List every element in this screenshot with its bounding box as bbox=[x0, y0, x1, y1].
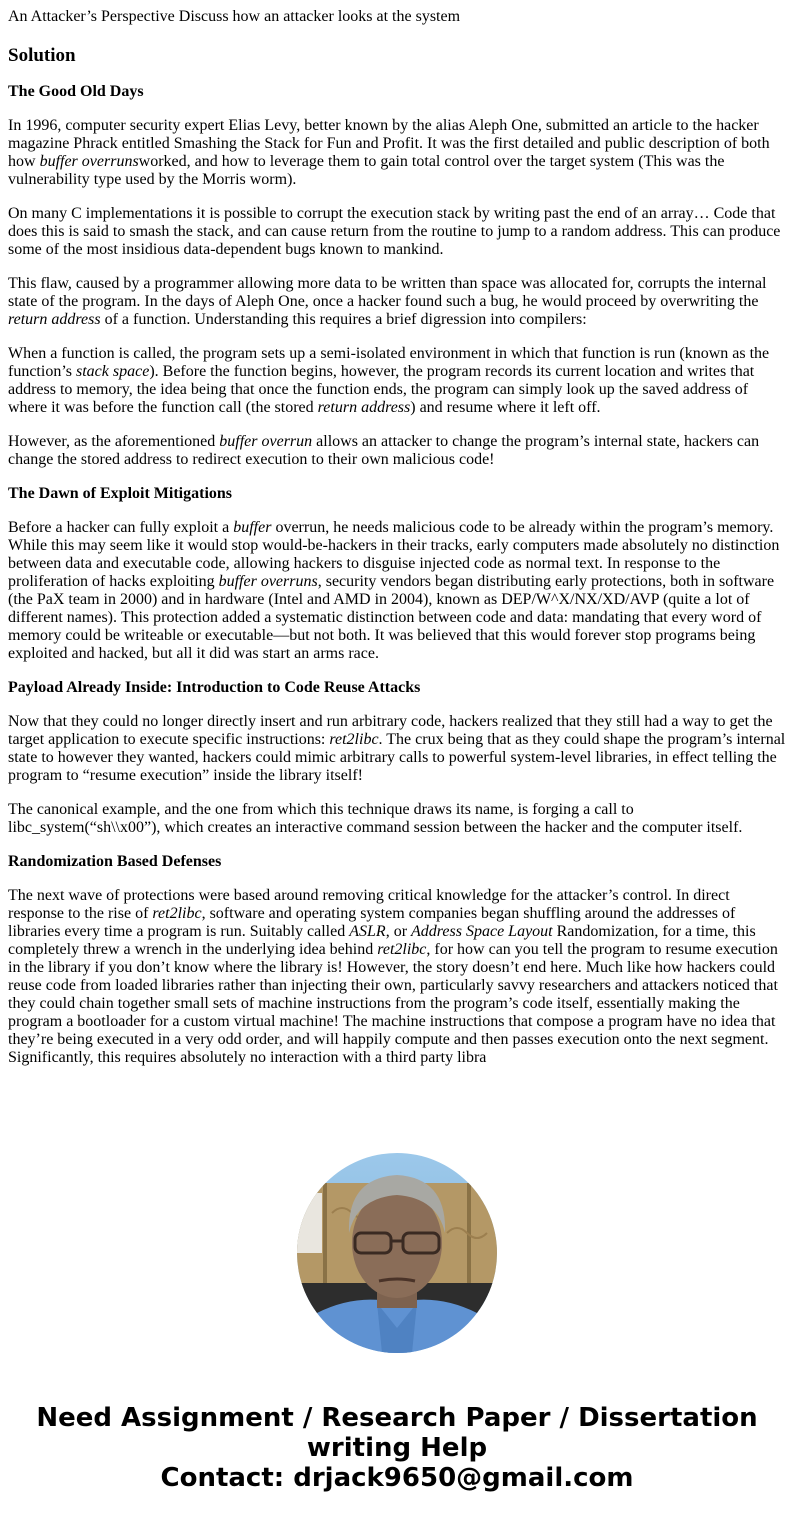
promo-contact-email: Contact: drjack9650@gmail.com bbox=[0, 1463, 794, 1493]
emphasis-text: return address bbox=[8, 311, 101, 328]
section-exploit-mitigations: The Dawn of Exploit Mitigations Before a… bbox=[8, 485, 786, 663]
promo-line-1: Need Assignment / Research Paper / Disse… bbox=[0, 1403, 794, 1433]
section-randomization-defenses: Randomization Based Defenses The next wa… bbox=[8, 853, 786, 1067]
emphasis-text: buffer overruns bbox=[219, 573, 318, 590]
emphasis-text: ret2libc bbox=[329, 731, 378, 748]
person-portrait-icon bbox=[297, 1153, 497, 1353]
paragraph: This flaw, caused by a programmer allowi… bbox=[8, 275, 786, 329]
question-text: An Attacker’s Perspective Discuss how an… bbox=[8, 8, 786, 26]
paragraph: Now that they could no longer directly i… bbox=[8, 713, 786, 785]
paragraph: Before a hacker can fully exploit a buff… bbox=[8, 519, 786, 663]
solution-heading: Solution bbox=[8, 45, 786, 67]
paragraph: On many C implementations it is possible… bbox=[8, 205, 786, 259]
emphasis-text: ASLR bbox=[349, 923, 385, 940]
emphasis-text: buffer overrun bbox=[219, 433, 312, 450]
paragraph: In 1996, computer security expert Elias … bbox=[8, 117, 786, 189]
emphasis-text: ret2libc bbox=[377, 941, 426, 958]
section-heading: The Dawn of Exploit Mitigations bbox=[8, 485, 786, 503]
emphasis-text: ret2libc bbox=[152, 905, 201, 922]
paragraph: When a function is called, the program s… bbox=[8, 345, 786, 417]
emphasis-text: return address bbox=[318, 399, 411, 416]
emphasis-text: stack space bbox=[76, 363, 149, 380]
emphasis-text: buffer bbox=[233, 519, 271, 536]
document-body: An Attacker’s Perspective Discuss how an… bbox=[0, 0, 794, 1067]
section-heading: Payload Already Inside: Introduction to … bbox=[8, 679, 786, 697]
section-heading: The Good Old Days bbox=[8, 83, 786, 101]
paragraph: However, as the aforementioned buffer ov… bbox=[8, 433, 786, 469]
promo-banner: Need Assignment / Research Paper / Disse… bbox=[0, 1403, 794, 1493]
author-avatar bbox=[297, 1153, 497, 1353]
paragraph: The next wave of protections were based … bbox=[8, 887, 786, 1067]
paragraph: The canonical example, and the one from … bbox=[8, 801, 786, 837]
promo-line-2: writing Help bbox=[0, 1433, 794, 1463]
emphasis-text: Address Space Layout bbox=[411, 923, 553, 940]
section-good-old-days: The Good Old Days In 1996, computer secu… bbox=[8, 83, 786, 469]
section-code-reuse-attacks: Payload Already Inside: Introduction to … bbox=[8, 679, 786, 837]
solution-sections: The Good Old Days In 1996, computer secu… bbox=[8, 83, 786, 1067]
section-heading: Randomization Based Defenses bbox=[8, 853, 786, 871]
emphasis-text: buffer overruns bbox=[40, 153, 139, 170]
